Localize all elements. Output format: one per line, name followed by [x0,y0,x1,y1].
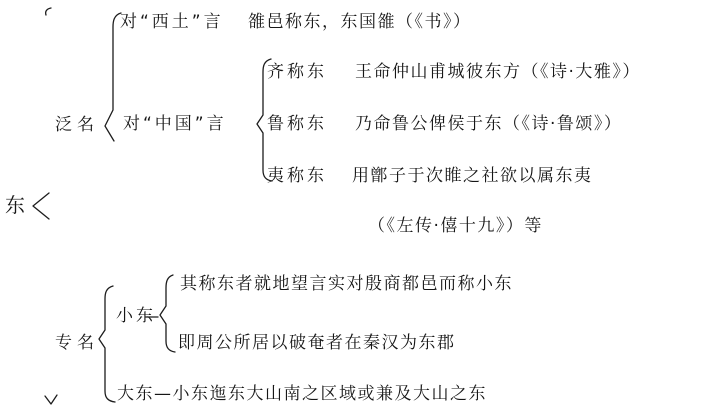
fanming-brace [105,13,121,141]
xitu-quote: 雒邑称东，东国雒（《书》） [248,12,472,32]
fanming-label: 泛名 [55,115,99,135]
zhongguo-label: 对“中国”言 [123,114,227,134]
qi-label: 齐称东 [267,62,327,82]
stray-mark-top [46,8,51,15]
dadong-line: 大东—小东迤东大山南之区域或兼及大山之东 [117,384,487,404]
yi-label: 夷称东 [267,166,327,186]
zhuanming-label: 专名 [55,333,99,353]
lu-quote: 乃命鲁公俾侯于东（《诗·鲁颂》） [355,114,622,134]
xiaodong-note-2: 即周公所居以破奄者在秦汉为东郡 [178,333,456,353]
stray-mark-bottom [45,395,57,404]
yi-quote-source: （《左传·僖十九》）等 [368,216,543,236]
root-label: 东 [5,193,25,217]
xiaodong-note-1: 其称东者就地望言实对殷商都邑而称小东 [180,274,513,294]
xitu-label: 对“西土”言 [120,12,224,32]
yi-quote: 用鄫子于次睢之社欲以属东夷 [352,166,593,186]
root-bracket [33,193,49,219]
qi-quote: 王命仲山甫城彼东方（《诗·大雅》） [355,62,641,82]
lu-label: 鲁称东 [267,114,327,134]
zhuanming-brace [99,286,115,402]
xiaodong-label: 小东 [116,306,156,326]
scanned-bracket-diagram: 东 泛名 对“西土”言 雒邑称东，东国雒（《书》） 对“中国”言 齐称东 王命仲… [0,0,723,413]
xiaodong-brace [160,275,175,352]
